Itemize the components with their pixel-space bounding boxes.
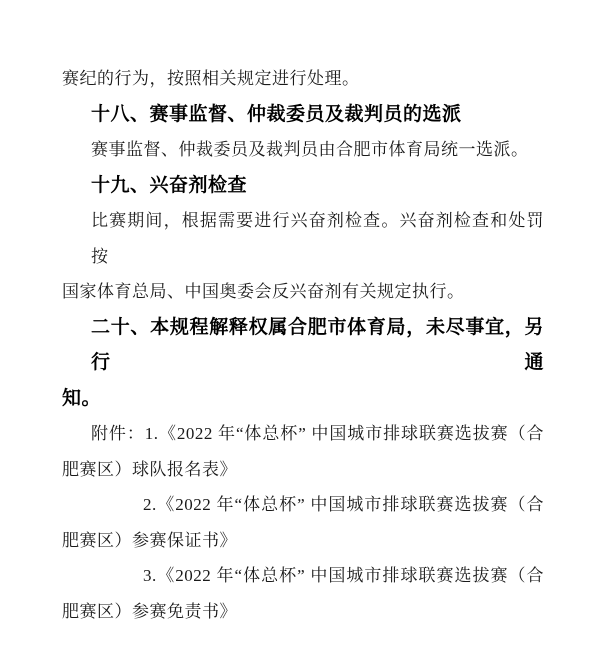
paragraph-line: 赛事监督、仲裁委员及裁判员由合肥市体育局统一选派。 xyxy=(62,132,544,168)
attachment-1-line: 附件：1.《2022 年“体总杯” 中国城市排球联赛选拔赛（合 xyxy=(62,416,544,452)
attachment-2-line: 2.《2022 年“体总杯” 中国城市排球联赛选拔赛（合 xyxy=(62,487,544,523)
section-20-heading: 二十、本规程解释权属合肥市体育局，未尽事宜，另行通 xyxy=(62,310,544,381)
section-19-heading: 十九、兴奋剂检查 xyxy=(62,168,544,204)
section-18-heading: 十八、赛事监督、仲裁委员及裁判员的选派 xyxy=(62,97,544,133)
document-body: 赛纪的行为，按照相关规定进行处理。 十八、赛事监督、仲裁委员及裁判员的选派 赛事… xyxy=(0,61,600,629)
paragraph-line: 国家体育总局、中国奥委会反兴奋剂有关规定执行。 xyxy=(62,274,544,310)
attachment-2-continued: 肥赛区）参赛保证书》 xyxy=(62,523,544,559)
attachment-3-continued: 肥赛区）参赛免责书》 xyxy=(62,594,544,630)
paragraph-line: 赛纪的行为，按照相关规定进行处理。 xyxy=(62,61,544,97)
section-20-heading-continued: 知。 xyxy=(62,381,544,417)
document-page: 赛纪的行为，按照相关规定进行处理。 十八、赛事监督、仲裁委员及裁判员的选派 赛事… xyxy=(0,0,600,663)
attachment-3-line: 3.《2022 年“体总杯” 中国城市排球联赛选拔赛（合 xyxy=(62,558,544,594)
paragraph-line: 比赛期间，根据需要进行兴奋剂检查。兴奋剂检查和处罚按 xyxy=(62,203,544,274)
attachment-1-continued: 肥赛区）球队报名表》 xyxy=(62,452,544,488)
